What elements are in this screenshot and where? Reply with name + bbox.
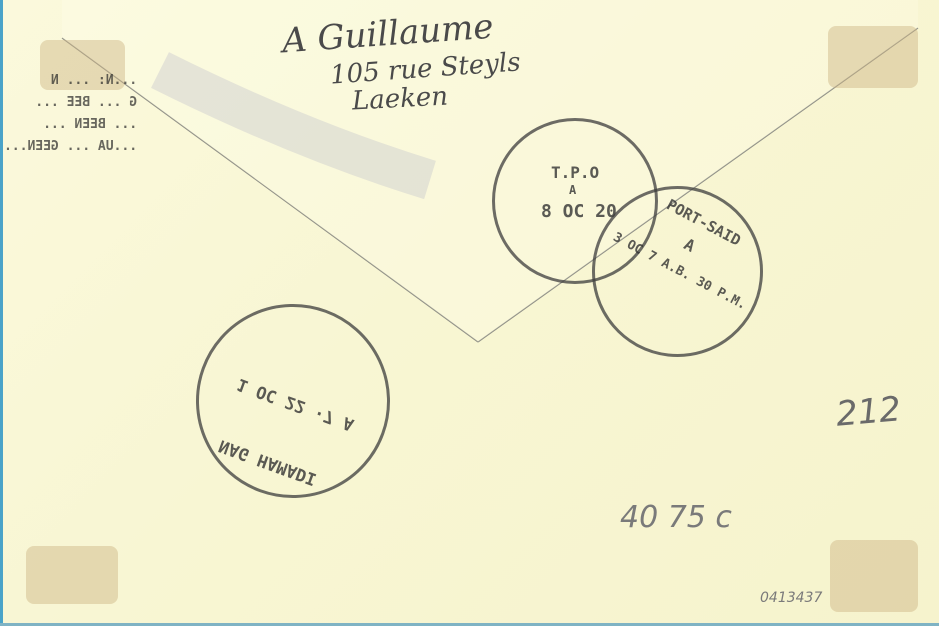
envelope-back: A Guillaume 105 rue Steyls Laeken ...N: …	[0, 0, 939, 626]
pencil-note-reference: 0413437	[760, 590, 822, 606]
postmark-tpo-date: 8 OC 20	[541, 201, 617, 222]
stamp-hinge-bottom-left	[26, 546, 118, 604]
postmark-port-said-letter: A	[681, 234, 698, 255]
machine-cancel-line: ...UA ... GEEN...	[4, 136, 137, 158]
machine-cancel-line: ... BEEN ...	[4, 114, 137, 136]
stamp-hinge-top-right	[828, 26, 918, 88]
pencil-note-212: 212	[834, 389, 902, 435]
postmark-tpo-letter: A	[569, 183, 576, 197]
postmark-nag-hamadi-date: 1 OC 22 ·7 A	[234, 374, 356, 435]
postmark-tpo-label: T.P.O	[551, 163, 599, 182]
envelope-flap-outline	[0, 0, 939, 626]
machine-cancel: ...N: ... N G ... BEE ... ... BEEN ... .…	[4, 70, 137, 158]
machine-cancel-line: ...N: ... N	[4, 70, 137, 92]
machine-cancel-line: G ... BEE ...	[4, 92, 137, 114]
sender-city: Laeken	[351, 82, 448, 117]
pencil-note-price: 40 75 c	[620, 500, 732, 535]
stamp-hinge-bottom-right	[830, 540, 918, 612]
